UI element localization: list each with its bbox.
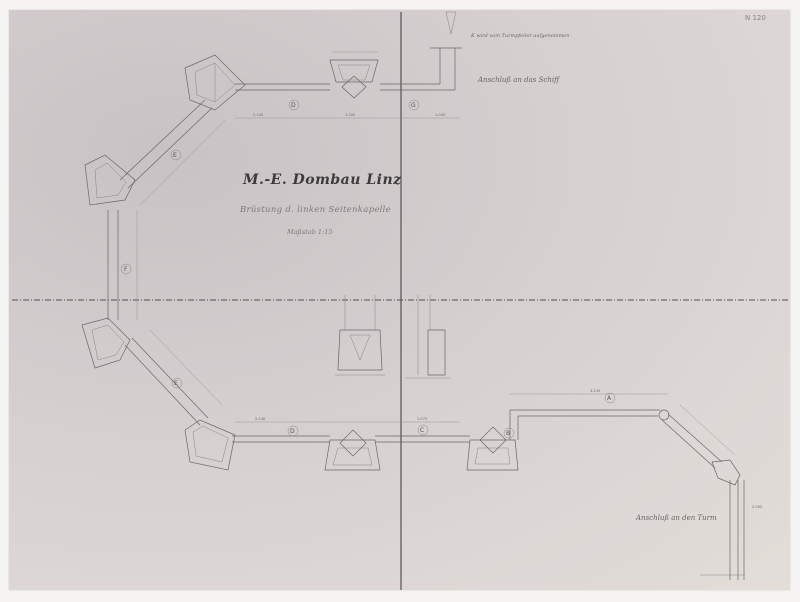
parapet-left-vertical: [108, 210, 137, 320]
pier-top-middle: [330, 52, 378, 98]
svg-text:2.140: 2.140: [255, 417, 266, 421]
svg-text:D: D: [290, 428, 295, 435]
elevation-detail-left: [335, 295, 385, 375]
svg-text:G: G: [411, 102, 416, 109]
svg-text:1.045: 1.045: [435, 113, 445, 117]
pier-bottom-middle: [325, 430, 380, 470]
svg-text:4.235: 4.235: [590, 389, 600, 393]
parapet-diagonal-right: [662, 405, 740, 485]
svg-text:B: B: [506, 430, 510, 437]
pier-left-lower: [82, 318, 130, 368]
svg-text:E: E: [174, 380, 178, 387]
pier-left-upper: [85, 155, 135, 205]
svg-text:D: D: [291, 102, 296, 109]
drawing-title: M.-E. Dombau Linz: [243, 172, 402, 188]
parapet-right-vertical: [700, 480, 745, 580]
svg-text:2.075: 2.075: [417, 417, 427, 421]
elevation-detail-right: [405, 295, 450, 378]
parapet-top-return: [430, 12, 462, 90]
note-upper-right: Anschluß an das Schiff: [478, 76, 559, 84]
drawing-scale: Maßstab 1:15: [287, 228, 333, 236]
svg-text:2.140: 2.140: [253, 113, 264, 117]
pier-top-left: [185, 55, 245, 110]
svg-text:1.200: 1.200: [345, 113, 356, 117]
sheet-number: N 120: [745, 14, 766, 22]
floor-plan-drawing: D G E F E D C B A 2.140 1.200 1.045 2.14…: [0, 0, 800, 602]
svg-text:2.000: 2.000: [752, 505, 763, 509]
svg-text:C: C: [420, 427, 424, 434]
section-labels: D G E F E D C B A: [121, 100, 615, 438]
note-lower-right: Anschluß an den Turm: [636, 514, 717, 522]
svg-text:F: F: [124, 266, 128, 273]
parapet-diagonal-lower: [125, 330, 222, 425]
note-top: K wird vom Turmpfeiler aufgenommen: [471, 33, 570, 39]
parapet-segment-a: [510, 394, 669, 440]
svg-text:A: A: [607, 395, 612, 402]
pier-bottom-left: [185, 420, 235, 470]
drawing-subtitle: Brüstung d. linken Seitenkapelle: [240, 205, 391, 215]
svg-text:E: E: [173, 152, 177, 159]
